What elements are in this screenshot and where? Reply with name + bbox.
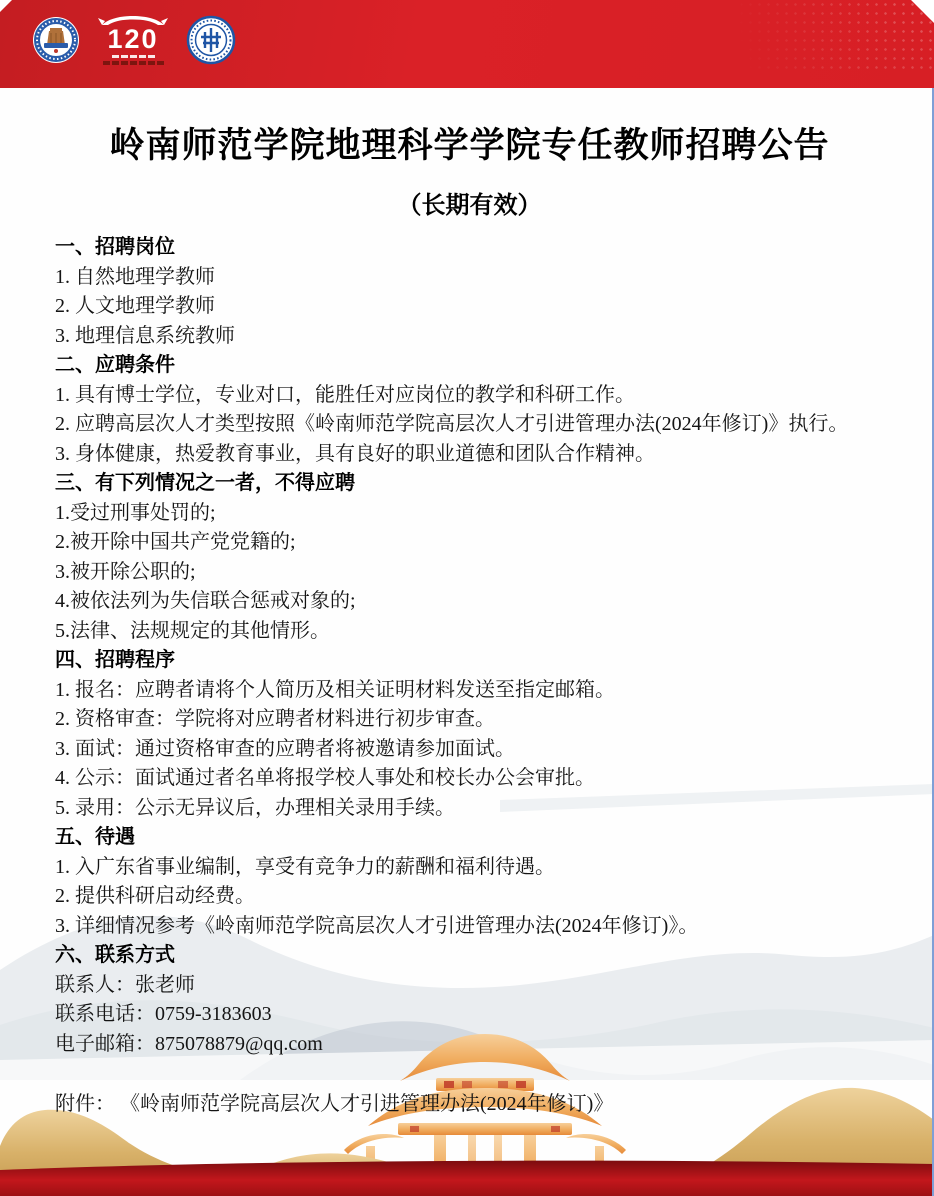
list-item: 5.法律、法规规定的其他情形。 [55,617,884,647]
list-item: 4.被依法列为失信联合惩戒对象的; [55,587,884,617]
list-item: 3. 面试：通过资格审查的应聘者将被邀请参加面试。 [55,735,884,765]
corner-cut-decoration [0,0,12,12]
list-item: 3.被开除公职的; [55,558,884,588]
list-item: 2. 提供科研启动经费。 [55,882,884,912]
section-heading: 五、待遇 [55,823,884,853]
section-heading: 六、联系方式 [55,941,884,971]
halftone-dots-decoration [674,0,934,70]
list-item: 1.受过刑事处罚的; [55,499,884,529]
section-heading: 一、招聘岗位 [55,233,884,263]
contact-email: 电子邮箱：875078879@qq.com [55,1030,884,1060]
list-item: 3. 详细情况参考《岭南师范学院高层次人才引进管理办法(2024年修订)》。 [55,912,884,942]
bottom-red-ribbon [0,1158,934,1196]
anniversary-smalltext-decoration [112,55,155,58]
section-benefits: 五、待遇 1. 入广东省事业编制，享受有竞争力的薪酬和福利待遇。 2. 提供科研… [55,823,884,941]
anniversary-120-label: 120 [107,26,158,52]
list-item: 2. 资格审查：学院将对应聘者材料进行初步审查。 [55,705,884,735]
page-title: 岭南师范学院地理科学学院专任教师招聘公告 [55,118,884,168]
list-item: 4. 公示：面试通过者名单将报学校人事处和校长办公会审批。 [55,764,884,794]
list-item: 3. 身体健康，热爱教育事业，具有良好的职业道德和团队合作精神。 [55,440,884,470]
list-item: 3. 地理信息系统教师 [55,322,884,352]
section-disqualifications: 三、有下列情况之一者，不得应聘 1.受过刑事处罚的; 2.被开除中国共产党党籍的… [55,469,884,646]
header-banner: 120 [0,0,934,88]
section-heading: 二、应聘条件 [55,351,884,381]
university-seal-icon [32,16,80,64]
contact-person: 联系人：张老师 [55,971,884,1001]
section-positions: 一、招聘岗位 1. 自然地理学教师 2. 人文地理学教师 3. 地理信息系统教师 [55,233,884,351]
logo-group: 120 [32,14,236,65]
section-contact: 六、联系方式 联系人：张老师 联系电话：0759-3183603 电子邮箱：87… [55,941,884,1059]
college-emblem-icon [186,15,236,65]
section-procedure: 四、招聘程序 1. 报名：应聘者请将个人简历及相关证明材料发送至指定邮箱。 2.… [55,646,884,823]
list-item: 5. 录用：公示无异议后，办理相关录用手续。 [55,794,884,824]
section-requirements: 二、应聘条件 1. 具有博士学位，专业对口，能胜任对应岗位的教学和科研工作。 2… [55,351,884,469]
anniversary-120-logo: 120 [94,14,172,65]
announcement-body: 岭南师范学院地理科学学院专任教师招聘公告 （长期有效） 一、招聘岗位 1. 自然… [0,0,934,1120]
list-item: 1. 入广东省事业编制，享受有竞争力的薪酬和福利待遇。 [55,853,884,883]
contact-phone: 联系电话：0759-3183603 [55,1000,884,1030]
anniversary-smalltext-decoration [103,61,164,65]
list-item: 1. 自然地理学教师 [55,263,884,293]
attachment-note: 附件： 《岭南师范学院高层次人才引进管理办法(2024年修订)》 [55,1090,884,1120]
list-item: 2. 人文地理学教师 [55,292,884,322]
list-item: 1. 报名：应聘者请将个人简历及相关证明材料发送至指定邮箱。 [55,676,884,706]
page-subtitle: （长期有效） [55,185,884,220]
section-heading: 四、招聘程序 [55,646,884,676]
list-item: 2.被开除中国共产党党籍的; [55,528,884,558]
recruitment-poster: 120 岭南师范学院地理科学学院专任教师招聘公告 （长期有效） 一、招聘岗位 1… [0,0,934,1196]
list-item: 1. 具有博士学位，专业对口，能胜任对应岗位的教学和科研工作。 [55,381,884,411]
list-item: 2. 应聘高层次人才类型按照《岭南师范学院高层次人才引进管理办法(2024年修订… [55,410,884,440]
section-heading: 三、有下列情况之一者，不得应聘 [55,469,884,499]
